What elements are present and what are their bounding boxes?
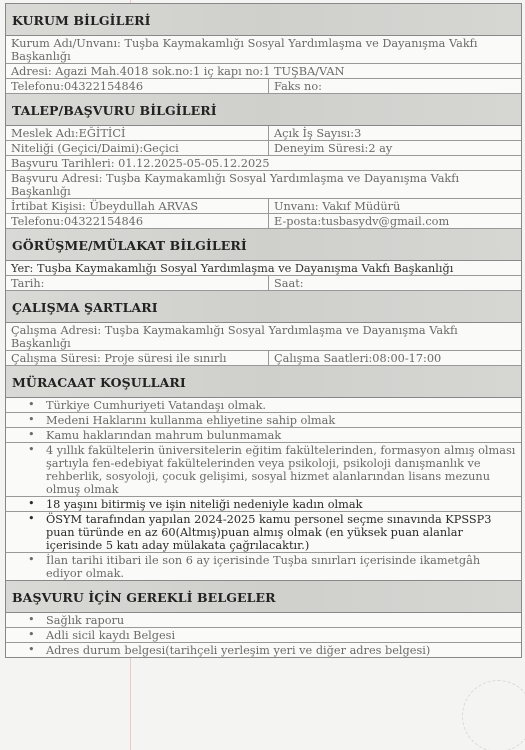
kurum-adres: Adresi: Agazi Mah.4018 sok.no:1 iç kapı …	[6, 64, 521, 78]
list-item: •ÖSYM tarafından yapılan 2024-2025 kamu …	[6, 512, 521, 553]
list-item: •Kamu haklarından mahrum bulunmamak	[6, 428, 521, 443]
bullet-icon: •	[28, 497, 35, 510]
talep-eposta: E-posta:tusbasydv@gmail.com	[269, 214, 521, 228]
bullet-icon: •	[28, 413, 35, 426]
belgeler-list: •Sağlık raporu •Adli sicil kaydı Belgesi…	[6, 613, 521, 657]
bullet-icon: •	[28, 512, 35, 525]
calisma-adresi: Çalışma Adresi: Tuşba Kaymakamlığı Sosya…	[6, 323, 521, 350]
kurum-telefon: Telefonu:04322154846	[6, 79, 269, 93]
irtibat-unvan: Unvanı: Vakıf Müdürü	[269, 199, 521, 213]
bullet-icon: •	[28, 428, 35, 441]
basvuru-adresi: Başvuru Adresi: Tuşba Kaymakamlığı Sosya…	[6, 171, 521, 198]
bullet-icon: •	[28, 553, 35, 566]
section-calisma-title: ÇALIŞMA ŞARTLARI	[6, 291, 521, 323]
bullet-icon: •	[28, 398, 35, 411]
list-item: •Türkiye Cumhuriyeti Vatandaşı olmak.	[6, 398, 521, 413]
acik-is-sayisi: Açık İş Sayısı:3	[269, 126, 521, 140]
gorusme-saat: Saat:	[269, 276, 521, 290]
section-talep-title: TALEP/BAŞVURU BİLGİLERİ	[6, 94, 521, 126]
list-item: •4 yıllık fakültelerin üniversitelerin e…	[6, 443, 521, 497]
kurum-adi: Kurum Adı/Unvanı: Tuşba Kaymakamlığı Sos…	[6, 36, 521, 63]
list-item: •Medeni Haklarını kullanma ehliyetine sa…	[6, 413, 521, 428]
muracaat-list: •Türkiye Cumhuriyeti Vatandaşı olmak. •M…	[6, 398, 521, 580]
list-item: •Adli sicil kaydı Belgesi	[6, 628, 521, 643]
section-belgeler-title: BAŞVURU İÇİN GEREKLİ BELGELER	[6, 580, 521, 613]
bullet-icon: •	[28, 443, 35, 456]
section-gorusme-title: GÖRÜŞME/MÜLAKAT BİLGİLERİ	[6, 229, 521, 261]
list-item: •İlan tarihi itibari ile son 6 ay içeris…	[6, 553, 521, 580]
gorusme-tarih: Tarih:	[6, 276, 269, 290]
niteligi: Niteliği (Geçici/Daimi):Geçici	[6, 141, 269, 155]
deneyim-suresi: Deneyim Süresi:2 ay	[269, 141, 521, 155]
bullet-icon: •	[28, 613, 35, 626]
job-posting-form: KURUM BİLGİLERİ Kurum Adı/Unvanı: Tuşba …	[5, 3, 522, 658]
irtibat-kisisi: İrtibat Kişisi: Übeydullah ARVAS	[6, 199, 269, 213]
talep-telefon: Telefonu:04322154846	[6, 214, 269, 228]
list-item: •Adres durum belgesi(tarihçeli yerleşim …	[6, 643, 521, 657]
meslek-adi: Meslek Adı:EĞİTİCİ	[6, 126, 269, 140]
kurum-faks: Faks no:	[269, 79, 521, 93]
list-item: •18 yaşını bitirmiş ve işin niteliği ned…	[6, 497, 521, 512]
section-muracaat-title: MÜRACAAT KOŞULLARI	[6, 366, 521, 398]
bullet-icon: •	[28, 628, 35, 641]
calisma-saatleri: Çalışma Saatleri:08:00-17:00	[269, 351, 521, 365]
list-item: •Sağlık raporu	[6, 613, 521, 628]
basvuru-tarihleri: Başvuru Tarihleri: 01.12.2025-05-05.12.2…	[6, 156, 521, 170]
calisma-suresi: Çalışma Süresi: Proje süresi ile sınırlı	[6, 351, 269, 365]
official-stamp	[462, 680, 525, 750]
bullet-icon: •	[28, 643, 35, 656]
gorusme-yer: Yer: Tuşba Kaymakamlığı Sosyal Yardımlaş…	[6, 261, 521, 275]
section-kurum-title: KURUM BİLGİLERİ	[6, 4, 521, 36]
